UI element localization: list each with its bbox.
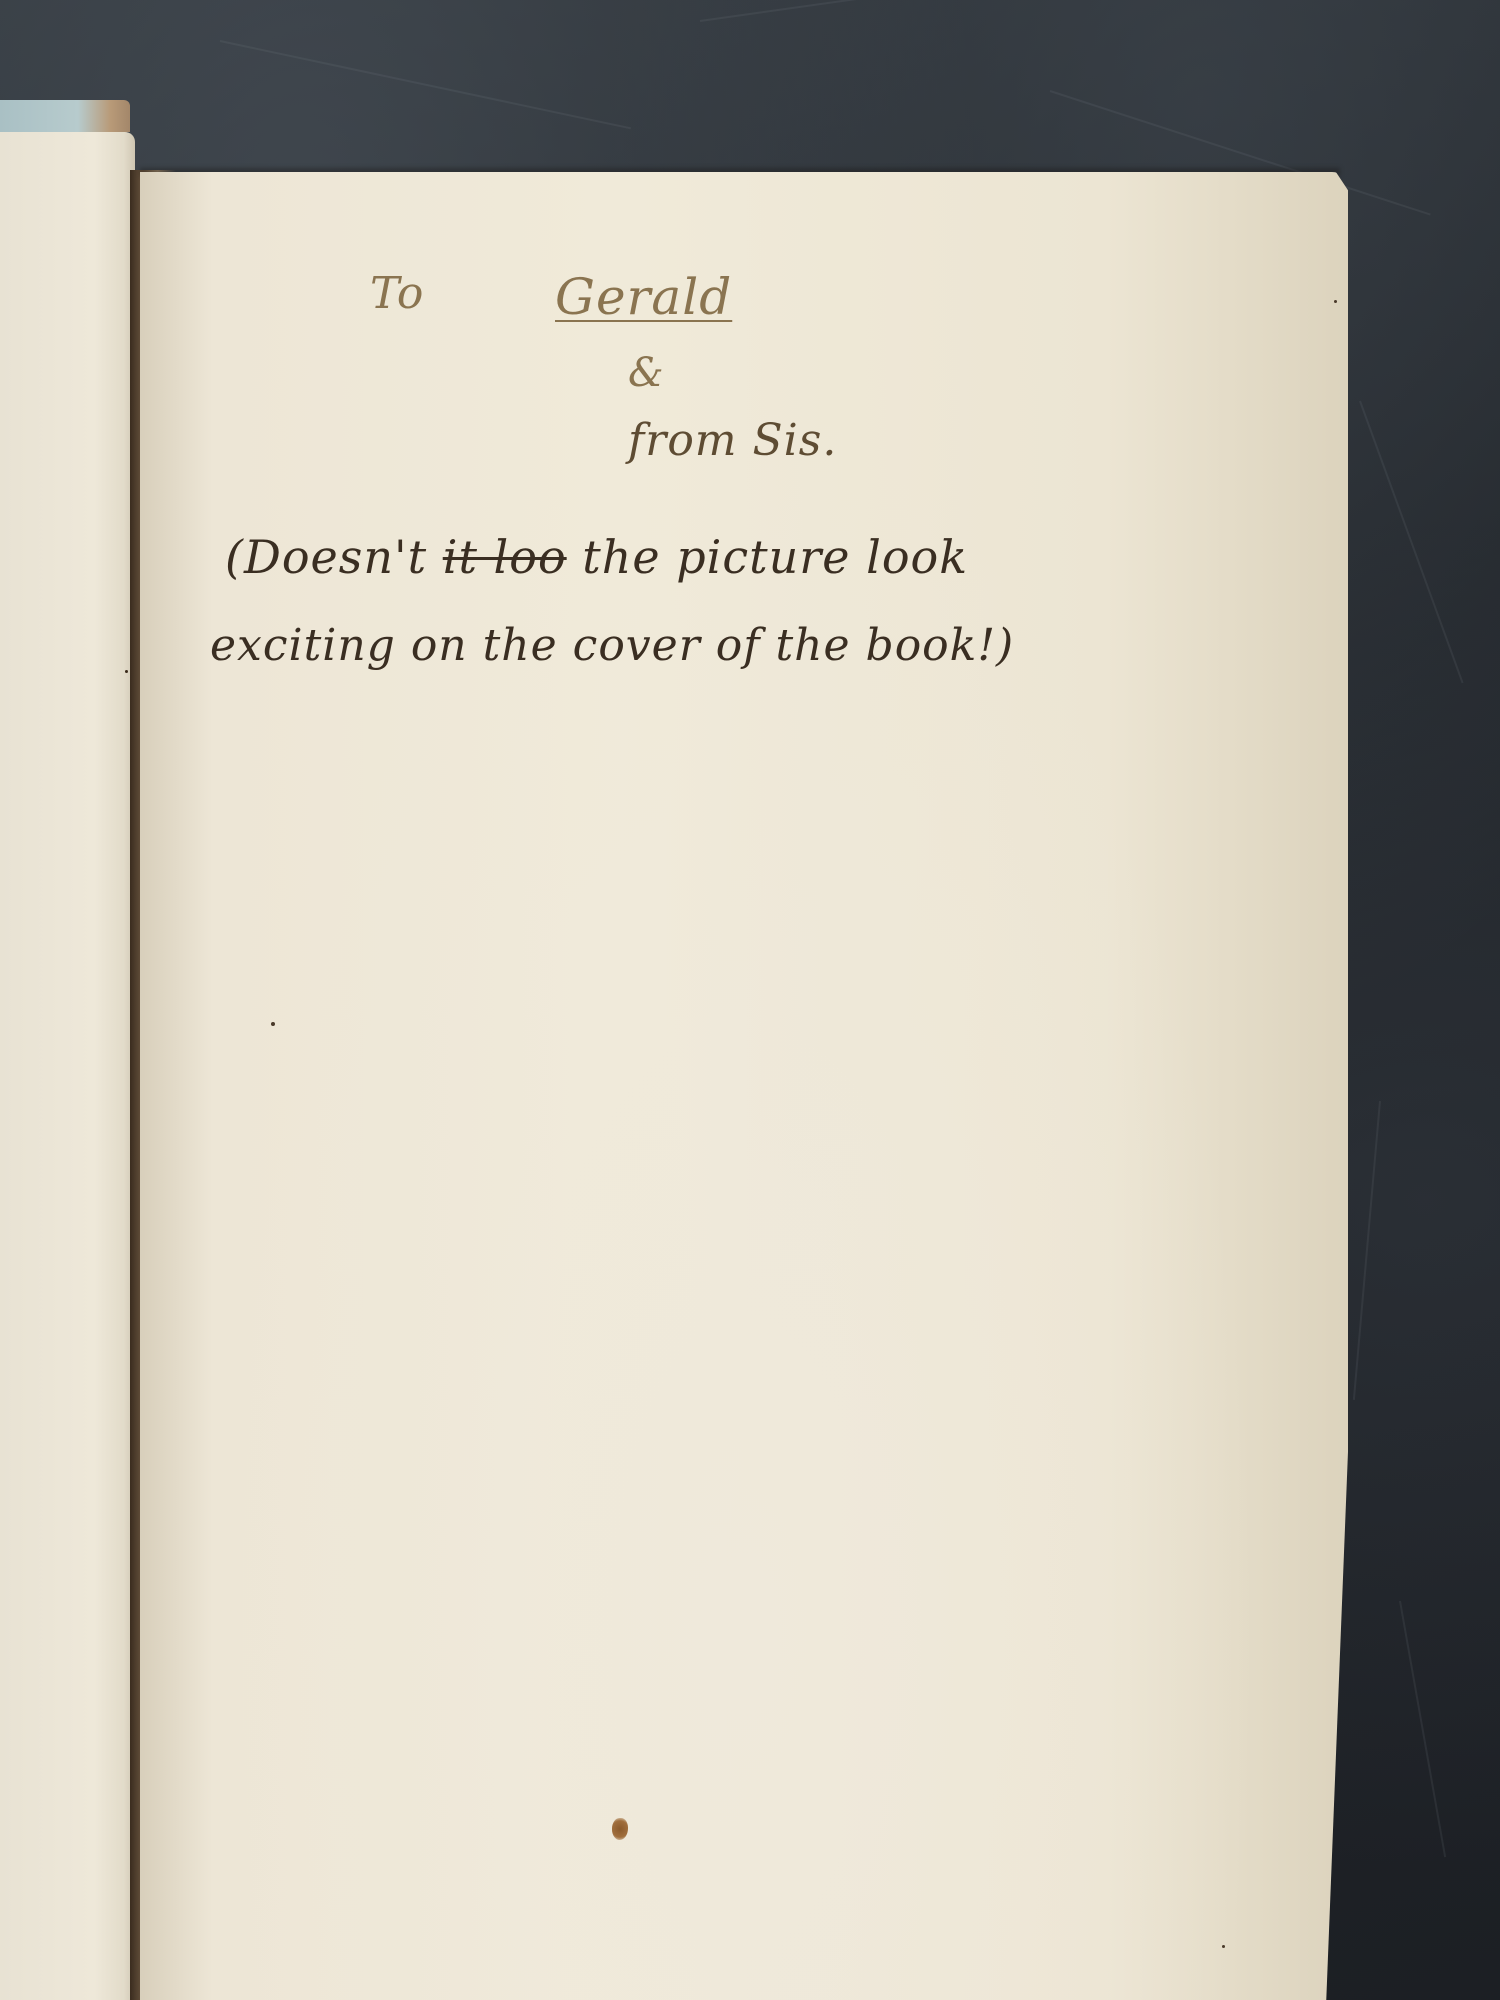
- paper-speck: [1334, 300, 1337, 303]
- inscription-note-line-2: exciting on the cover of the book!): [210, 620, 1014, 671]
- left-flyleaf: [0, 132, 135, 2000]
- note-line1-rest: the picture look: [567, 530, 968, 584]
- inscription-note-line-1: (Doesn't it loo the picture look: [225, 530, 968, 584]
- book-spine-cloth: [0, 100, 130, 132]
- inscription-to: To: [370, 268, 424, 319]
- paper-speck: [1222, 1945, 1225, 1948]
- note-open: (Doesn't: [225, 530, 443, 584]
- inscription-recipient-name: Gerald: [555, 268, 732, 326]
- marble-vein: [1353, 1101, 1381, 1400]
- inscription-ampersand: &: [628, 350, 665, 396]
- marble-vein: [700, 0, 1077, 22]
- paper-speck: [125, 670, 128, 673]
- marble-vein: [220, 40, 631, 129]
- note-struck-text: it loo: [443, 530, 567, 584]
- paper-speck: [271, 1022, 275, 1026]
- inscription-from: from Sis.: [628, 415, 837, 466]
- marble-vein: [1359, 401, 1463, 684]
- marble-vein: [1399, 1601, 1446, 1857]
